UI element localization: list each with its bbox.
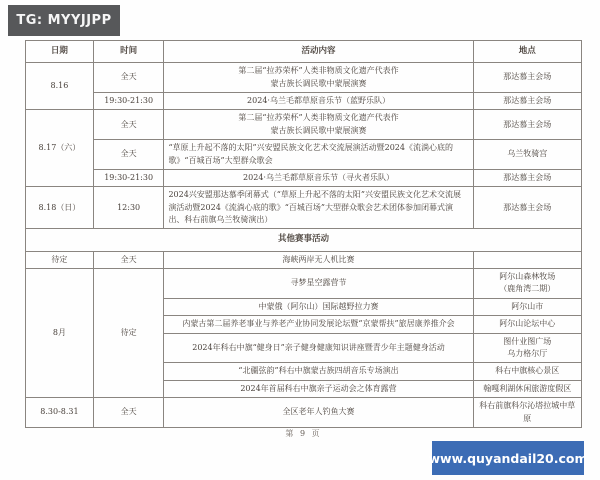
activity-cell: 2024年科右中旗“健身日”亲子健身健康知识讲座暨青少年主题健身活动 <box>164 333 473 363</box>
table-row: 19:30-21:302024·乌兰毛都草原音乐节（寻火者乐队）那达慕主会场 <box>26 169 582 186</box>
date-cell: 8.18（日） <box>26 187 94 229</box>
location-cell: 那达慕主会场 <box>473 92 581 109</box>
activity-cell: 寻梦星空露营节 <box>164 269 473 299</box>
activity-cell: 第二届“拉苏荣杯”人类非物质文化遗产代表作 蒙古族长调民歌中蒙展演赛 <box>164 110 473 140</box>
location-cell: 那达慕主会场 <box>473 169 581 186</box>
page-number: 第 9 页 <box>25 428 582 439</box>
time-cell: 19:30-21:30 <box>93 169 164 186</box>
time-cell: 待定 <box>93 269 164 398</box>
date-cell: 8.30-8.31 <box>26 398 94 428</box>
location-cell: 翰嘎利湖休闲旅游度假区 <box>473 380 581 397</box>
location-cell: 阿尔山市 <box>473 298 581 315</box>
location-cell: 那达慕主会场 <box>473 110 581 140</box>
schedule-table: 日期时间活动内容地点8.16全天第二届“拉苏荣杯”人类非物质文化遗产代表作 蒙古… <box>25 40 582 428</box>
location-cell: 阿尔山论坛中心 <box>473 316 581 333</box>
table-row: 全天“草原上升起不落的太阳”兴安盟民族文化艺术交流展演活动暨2024《流淌心底的… <box>26 140 582 170</box>
table-row: 8.30-8.31全天全区老年人钓鱼大赛科右前旗科尔沁塔拉城中草原 <box>26 398 582 428</box>
location-cell <box>473 251 581 268</box>
table-row: 8.17（六）全天第二届“拉苏荣杯”人类非物质文化遗产代表作 蒙古族长调民歌中蒙… <box>26 110 582 140</box>
date-cell: 待定 <box>26 251 94 268</box>
activity-cell: 2024兴安盟那达慕季闭幕式（“草原上升起不落的太阳”兴安盟民族文化艺术交流展演… <box>164 187 473 229</box>
table-row: 8月待定寻梦星空露营节阿尔山森林牧场 （鹿角湾二期） <box>26 269 582 299</box>
header-activity-cell: 活动内容 <box>164 41 473 63</box>
time-cell: 全天 <box>93 251 164 268</box>
date-cell: 8.16 <box>26 63 94 110</box>
date-cell: 8月 <box>26 269 94 398</box>
activity-cell: 海峡两岸无人机比赛 <box>164 251 473 268</box>
section-title: 其他赛事活动 <box>26 229 582 251</box>
time-cell: 全天 <box>93 63 164 93</box>
activity-cell: 中蒙俄（阿尔山）国际越野拉力赛 <box>164 298 473 315</box>
location-cell: 那达慕主会场 <box>473 187 581 229</box>
time-cell: 全天 <box>93 110 164 140</box>
location-cell: 图什业图广场 乌力格尔厅 <box>473 333 581 363</box>
website-watermark: www.quyandail20.com <box>432 441 584 475</box>
table-row: 19:30-21:302024·乌兰毛都草原音乐节（蓝野乐队）那达慕主会场 <box>26 92 582 109</box>
location-cell: 科右前旗科尔沁塔拉城中草原 <box>473 398 581 428</box>
time-cell: 全天 <box>93 398 164 428</box>
header-time-cell: 时间 <box>93 41 164 63</box>
time-cell: 19:30-21:30 <box>93 92 164 109</box>
location-cell: 那达慕主会场 <box>473 63 581 93</box>
activity-cell: 第二届“拉苏荣杯”人类非物质文化遗产代表作 蒙古族长调民歌中蒙展演赛 <box>164 63 473 93</box>
header-date-cell: 日期 <box>26 41 94 63</box>
time-cell: 全天 <box>93 140 164 170</box>
table-row: 8.16全天第二届“拉苏荣杯”人类非物质文化遗产代表作 蒙古族长调民歌中蒙展演赛… <box>26 63 582 93</box>
location-cell: 科右中旗核心景区 <box>473 363 581 380</box>
activity-cell: “北疆弦韵”科右中旗蒙古族四胡音乐专场演出 <box>164 363 473 380</box>
time-cell: 12:30 <box>93 187 164 229</box>
telegram-watermark: TG: MYYJJPP <box>8 5 120 36</box>
date-cell: 8.17（六） <box>26 110 94 187</box>
table-row: 待定全天海峡两岸无人机比赛 <box>26 251 582 268</box>
document-page: TG: MYYJJPP 日期时间活动内容地点8.16全天第二届“拉苏荣杯”人类非… <box>0 0 600 480</box>
activity-cell: “草原上升起不落的太阳”兴安盟民族文化艺术交流展演活动暨2024《流淌心底的歌》… <box>164 140 473 170</box>
location-cell: 阿尔山森林牧场 （鹿角湾二期） <box>473 269 581 299</box>
table-row: 8.18（日）12:302024兴安盟那达慕季闭幕式（“草原上升起不落的太阳”兴… <box>26 187 582 229</box>
header-location-cell: 地点 <box>473 41 581 63</box>
activity-cell: 2024年首届科右中旗亲子运动会之体育露营 <box>164 380 473 397</box>
schedule-table-container: 日期时间活动内容地点8.16全天第二届“拉苏荣杯”人类非物质文化遗产代表作 蒙古… <box>25 40 582 428</box>
location-cell: 乌兰牧骑宫 <box>473 140 581 170</box>
activity-cell: 内蒙古第二届养老事业与养老产业协同发展论坛暨“京蒙帮扶”旅居康养推介会 <box>164 316 473 333</box>
activity-cell: 2024·乌兰毛都草原音乐节（寻火者乐队） <box>164 169 473 186</box>
activity-cell: 全区老年人钓鱼大赛 <box>164 398 473 428</box>
activity-cell: 2024·乌兰毛都草原音乐节（蓝野乐队） <box>164 92 473 109</box>
